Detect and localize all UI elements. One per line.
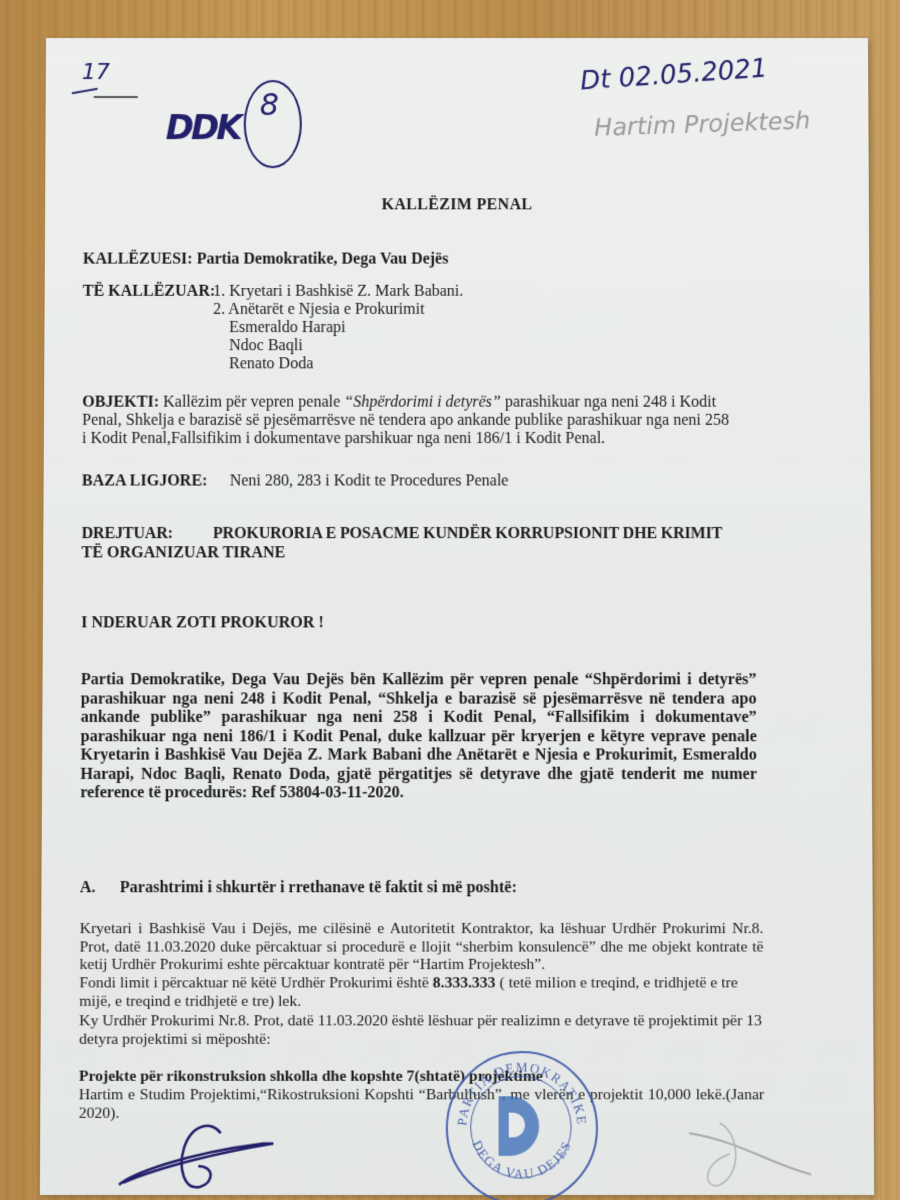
fund-limit-amount: 8.333.333 [433, 974, 496, 991]
section-a-paragraph-2: Fondi limit i përcaktuar në këtë Urdhër … [79, 974, 764, 1010]
addressed-to-line1: PROKURORIA E POSACME KUNDËR KORRUPSIONIT… [213, 525, 722, 542]
pencil-note: Hartim Projektesh [594, 106, 811, 142]
handwritten-date-note: Dt 02.05.2021 [579, 54, 768, 97]
section-a-marker: A. [80, 879, 96, 896]
stamp-ring-text: PARTIA DEMOKRATIKE DEGA VAU DEJES [448, 1053, 596, 1200]
object-paragraph: OBJEKTI: Kallëzim për vepren penale “Shp… [82, 394, 735, 449]
svg-text:DEGA VAU DEJES: DEGA VAU DEJES [469, 1138, 574, 1182]
legal-basis-label: BAZA LIGJORE: [82, 472, 208, 489]
intro-paragraph: Partia Demokratike, Dega Vau Dejës bën K… [80, 671, 757, 803]
complainant-line: KALLËZUESI: Partia Demokratike, Dega Vau… [83, 251, 449, 269]
accused-label: TË KALLËZUAR: [83, 283, 216, 301]
handwritten-register-mark: DDK [166, 108, 240, 148]
section-a-heading: A. Parashtrimi i shkurtër i rrethanave t… [80, 879, 517, 897]
addressed-to-line: DREJTUAR: PROKURORIA E POSACME KUNDËR KO… [82, 525, 723, 543]
party-stamp: PARTIA DEMOKRATIKE DEGA VAU DEJES [446, 1051, 598, 1200]
document-page: 17 DDK 8 Dt 02.05.2021 Hartim Projektesh… [40, 38, 874, 1195]
section-a-paragraph-3: Ky Urdhër Prokurimi Nr.8. Prot, datë 11.… [79, 1012, 764, 1048]
legal-basis-line: BAZA LIGJORE: Neni 280, 283 i Kodit te P… [82, 472, 509, 490]
handwritten-page-number: 17 [82, 60, 110, 85]
section-a-title: Parashtrimi i shkurtër i rrethanave të f… [120, 879, 517, 896]
legal-basis-value: Neni 280, 283 i Kodit te Procedures Pena… [230, 472, 509, 489]
object-offence-italic: “Shpërdorimi i detyrës” [344, 394, 501, 411]
accused-member: Ndoc Baqli [229, 337, 303, 355]
svg-text:PARTIA DEMOKRATIKE: PARTIA DEMOKRATIKE [454, 1059, 590, 1126]
object-text-pre: Kallëzim për vepren penale [163, 394, 344, 411]
staple-mark [94, 96, 138, 98]
addressed-to-label: DREJTUAR: [82, 525, 173, 542]
signature-right-faint [649, 1113, 852, 1200]
accused-member: Esmeraldo Harapi [229, 319, 345, 337]
accused-member: Renato Doda [229, 355, 313, 373]
complainant-label: KALLËZUESI: [83, 251, 193, 268]
section-a-paragraph-1: Kryetari i Bashkisë Vau i Dejës, me cilë… [79, 920, 763, 974]
addressed-to-line2: TË ORGANIZUAR TIRANE [81, 544, 285, 562]
accused-item-2: 2. Anëtarët e Njesia e Prokurimit [213, 301, 424, 319]
document-title: KALLËZIM PENAL [45, 196, 869, 214]
salutation: I NDERUAR ZOTI PROKUROR ! [81, 614, 324, 632]
signature-left [70, 1113, 314, 1200]
fund-limit-text: Fondi limit i përcaktuar në këtë Urdhër … [79, 974, 432, 991]
complainant-value: Partia Demokratike, Dega Vau Dejës [197, 251, 449, 268]
handwritten-circled-number: 8 [260, 88, 279, 123]
object-label: OBJEKTI: [82, 394, 159, 411]
handwritten-underline [72, 88, 98, 94]
accused-item-1: 1. Kryetari i Bashkisë Z. Mark Babani. [213, 283, 463, 301]
